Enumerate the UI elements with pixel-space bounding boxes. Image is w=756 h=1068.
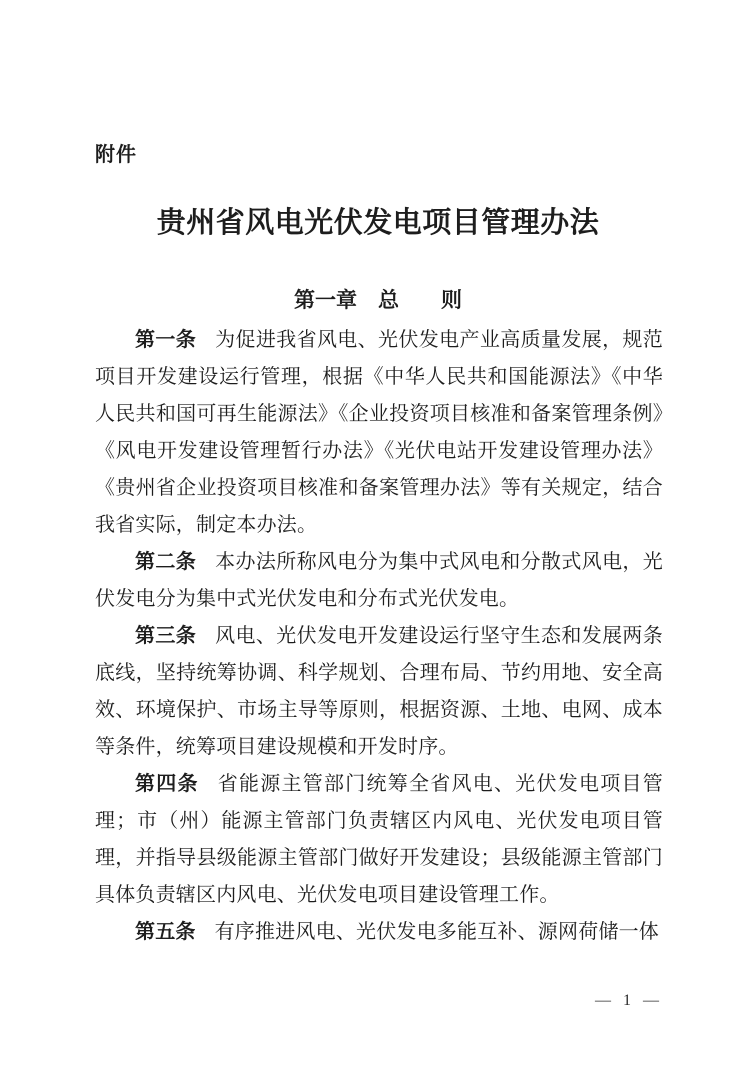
article-3-number: 第三条 xyxy=(135,625,196,647)
article-2-number: 第二条 xyxy=(135,551,196,573)
article-5-text: 有序推进风电、光伏发电多能互补、源网荷储一体 xyxy=(215,921,659,943)
article-3: 第三条风电、光伏发电开发建设运行坚守生态和发展两条底线，坚持统筹协调、科学规划、… xyxy=(95,618,663,766)
page-number: — 1 — xyxy=(595,992,663,1010)
article-5-number: 第五条 xyxy=(135,921,196,943)
article-1-number: 第一条 xyxy=(135,329,196,351)
document-page: 附件 贵州省风电光伏发电项目管理办法 第一章 总 则 第一条为促进我省风电、光伏… xyxy=(0,0,756,1068)
chapter-heading: 第一章 总 则 xyxy=(0,284,756,314)
article-2: 第二条本办法所称风电分为集中式风电和分散式风电，光伏发电分为集中式光伏发电和分布… xyxy=(95,544,663,618)
article-5: 第五条有序推进风电、光伏发电多能互补、源网荷储一体 xyxy=(95,914,663,951)
attachment-label: 附件 xyxy=(95,138,137,167)
article-1: 第一条为促进我省风电、光伏发电产业高质量发展，规范项目开发建设运行管理，根据《中… xyxy=(95,322,663,544)
article-1-text: 为促进我省风电、光伏发电产业高质量发展，规范项目开发建设运行管理，根据《中华人民… xyxy=(95,329,663,536)
document-body: 第一条为促进我省风电、光伏发电产业高质量发展，规范项目开发建设运行管理，根据《中… xyxy=(95,322,663,951)
article-4-number: 第四条 xyxy=(135,773,199,795)
article-4: 第四条省能源主管部门统筹全省风电、光伏发电项目管理；市（州）能源主管部门负责辖区… xyxy=(95,766,663,914)
document-title: 贵州省风电光伏发电项目管理办法 xyxy=(0,200,756,241)
